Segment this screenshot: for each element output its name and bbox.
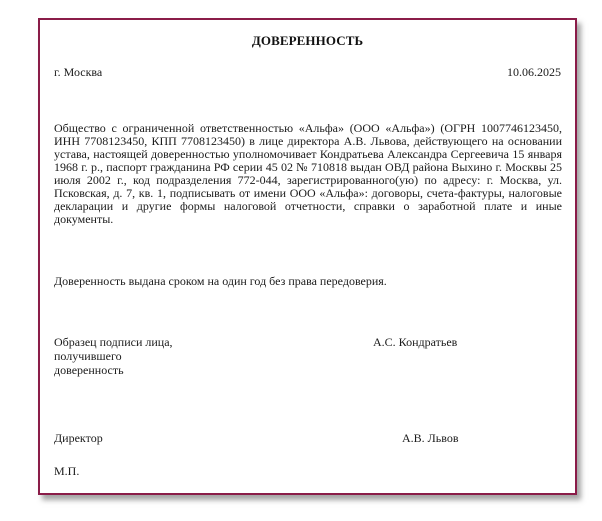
document-title: ДОВЕРЕННОСТЬ bbox=[40, 33, 575, 49]
signature-sample-label-line: Образец подписи лица, bbox=[54, 335, 204, 349]
signature-sample-label: Образец подписи лица, получившего довере… bbox=[54, 335, 204, 377]
document-term-paragraph: Доверенность выдана сроком на один год б… bbox=[54, 274, 387, 289]
director-name: А.В. Львов bbox=[402, 431, 459, 446]
attorney-name: А.С. Кондратьев bbox=[373, 335, 457, 350]
document-date: 10.06.2025 bbox=[507, 65, 561, 80]
signature-sample-label-line: доверенность bbox=[54, 363, 204, 377]
signature-sample-label-line: получившего bbox=[54, 349, 204, 363]
director-label: Директор bbox=[54, 431, 103, 446]
stamp-placeholder: М.П. bbox=[54, 464, 79, 479]
document-city: г. Москва bbox=[54, 65, 102, 80]
power-of-attorney-document: ДОВЕРЕННОСТЬ г. Москва 10.06.2025 Общест… bbox=[38, 18, 577, 495]
document-body-paragraph: Общество с ограниченной ответственностью… bbox=[54, 122, 562, 226]
